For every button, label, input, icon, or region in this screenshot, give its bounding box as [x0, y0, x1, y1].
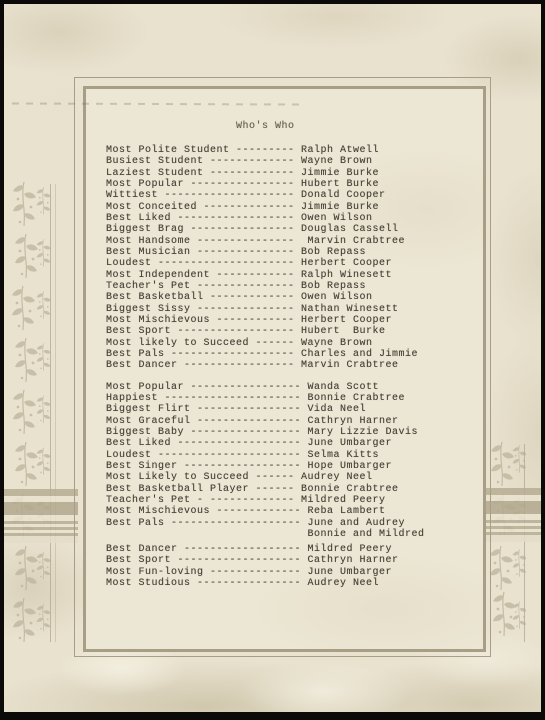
who-entry: Best Pals ------------------- Charles an…: [106, 349, 486, 360]
who-entry: Best Liked ------------------- June Umba…: [106, 438, 486, 449]
who-entry: Best Musician --------------- Bob Repass: [106, 247, 486, 258]
who-entry: Laziest Student ------------- Jimmie Bur…: [106, 168, 486, 179]
who-entry: Best Pals -------------------- June and …: [106, 518, 486, 529]
page-title: Who's Who: [236, 121, 295, 132]
who-entry: Biggest Baby ----------------- Mary Lizz…: [106, 427, 486, 438]
who-entry: Busiest Student ------------- Wayne Brow…: [106, 156, 486, 167]
who-entry: Best Basketball ------------- Owen Wilso…: [106, 292, 486, 303]
who-entry: Most Mischievous ------------- Reba Lamb…: [106, 506, 486, 517]
who-entry: Most likely to Succeed ------ Wayne Brow…: [106, 338, 486, 349]
who-entry: Most Mischievous ------------ Herbert Co…: [106, 315, 486, 326]
ornament-rule-left: [50, 184, 51, 642]
girls-superlatives: Most Popular ----------------- Wanda Sco…: [106, 382, 486, 590]
who-entry: Best Liked ------------------ Owen Wilso…: [106, 213, 486, 224]
who-entry: Happiest --------------------- Bonnie Cr…: [106, 393, 486, 404]
floral-border-left-icon: [6, 180, 56, 646]
who-entry: Best Dancer ----------------- Marvin Cra…: [106, 360, 486, 371]
who-entry: Best Sport ------------------ Hubert Bur…: [106, 326, 486, 337]
who-entry: Most Conceited -------------- Jimmie Bur…: [106, 202, 486, 213]
who-entry: Best Dancer ------------------ Mildred P…: [106, 544, 486, 555]
who-entry: Most Likely to Succeed ------ Audrey Nee…: [106, 472, 486, 483]
ornament-rule-right: [524, 444, 525, 642]
who-entry: Most Fun-loving -------------- June Umba…: [106, 567, 486, 578]
whos-who-list: Most Polite Student --------- Ralph Atwe…: [106, 145, 486, 589]
stripe-band-left-icon: [4, 489, 78, 543]
who-entry-continuation: Bonnie and Mildred: [106, 529, 486, 540]
who-entry: Most Popular ----------------- Wanda Sco…: [106, 382, 486, 393]
who-entry: Most Popular ---------------- Hubert Bur…: [106, 179, 486, 190]
who-entry: Wittiest -------------------- Donald Coo…: [106, 190, 486, 201]
who-entry: Biggest Sissy --------------- Nathan Win…: [106, 304, 486, 315]
ornament-rule-left-2: [55, 184, 56, 642]
who-entry: Most Independent ------------ Ralph Wine…: [106, 270, 486, 281]
who-entry: Best Sport ------------------- Cathryn H…: [106, 555, 486, 566]
who-entry: Loudest --------------------- Herbert Co…: [106, 258, 486, 269]
who-entry: Biggest Flirt ---------------- Vida Neel: [106, 404, 486, 415]
who-entry: Best Basketball Player ------ Bonnie Cra…: [106, 484, 486, 495]
who-entry: Most Studious ---------------- Audrey Ne…: [106, 578, 486, 589]
who-entry: Teacher's Pet --------------- Bob Repass: [106, 281, 486, 292]
who-entry: Most Graceful ---------------- Cathryn H…: [106, 416, 486, 427]
who-entry: Best Singer ------------------ Hope Umba…: [106, 461, 486, 472]
scanned-yearbook-page: Who's Who Most Polite Student --------- …: [4, 4, 541, 712]
who-entry: Most Polite Student --------- Ralph Atwe…: [106, 145, 486, 156]
who-entry: Teacher's Pet - ------------- Mildred Pe…: [106, 495, 486, 506]
boys-superlatives: Most Polite Student --------- Ralph Atwe…: [106, 145, 486, 372]
who-entry: Biggest Brag ---------------- Douglas Ca…: [106, 224, 486, 235]
who-entry: Loudest ---------------------- Selma Kit…: [106, 450, 486, 461]
who-entry: Most Handsome --------------- Marvin Cra…: [106, 236, 486, 247]
